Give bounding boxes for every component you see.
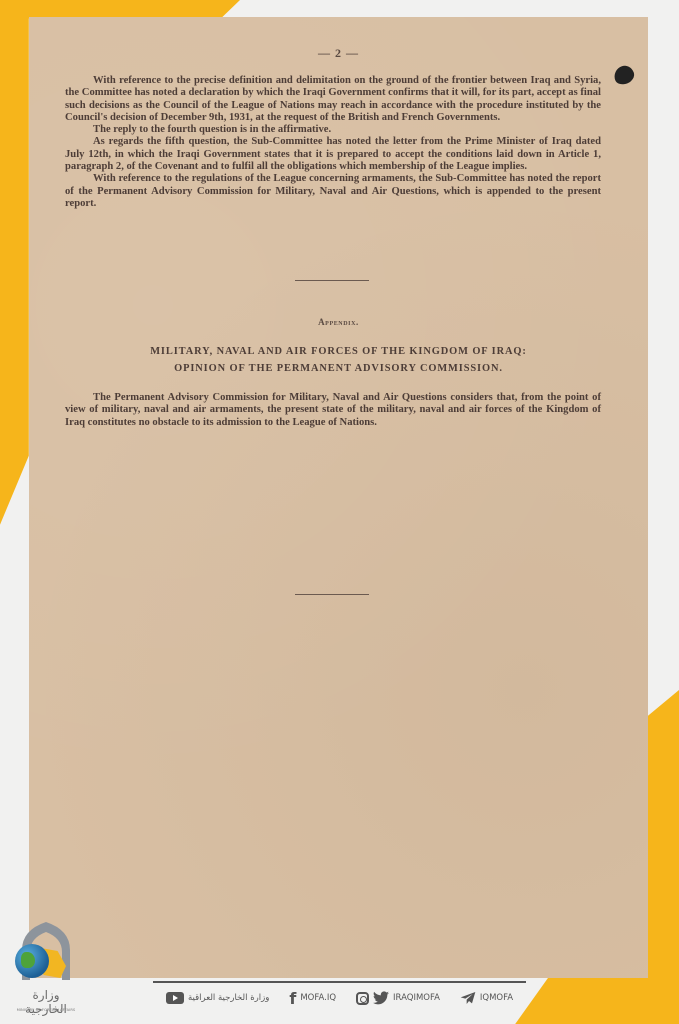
twitter-icon bbox=[373, 991, 389, 1005]
appendix-paragraph: The Permanent Advisory Commission for Mi… bbox=[65, 392, 601, 429]
appendix-label: Appendix. bbox=[29, 317, 648, 327]
page-number: — 2 — bbox=[29, 46, 648, 61]
paragraph-armaments: With reference to the regulations of the… bbox=[65, 173, 601, 210]
report-body: With reference to the precise definition… bbox=[65, 75, 601, 210]
instagram-twitter-label: IRAQIMOFA bbox=[393, 993, 440, 1003]
facebook-label: MOFA.IQ bbox=[300, 993, 336, 1003]
social-footer: وزارة الخارجية العراقية f MOFA.IQ IRAQIM… bbox=[166, 988, 513, 1008]
paragraph-frontier: With reference to the precise definition… bbox=[65, 75, 601, 124]
logo-english-text: MINISTRY OF FOREIGN AFFAIRS bbox=[10, 1008, 82, 1012]
instagram-twitter-link[interactable]: IRAQIMOFA bbox=[356, 991, 440, 1005]
youtube-label: وزارة الخارجية العراقية bbox=[188, 993, 269, 1003]
appendix-title-line-2: OPINION OF THE PERMANENT ADVISORY COMMIS… bbox=[29, 360, 648, 377]
paragraph-fifth-question: As regards the fifth question, the Sub-C… bbox=[65, 136, 601, 173]
paragraph-fourth-question: The reply to the fourth question is in t… bbox=[65, 124, 601, 136]
instagram-icon bbox=[356, 992, 369, 1005]
appendix-title-line-1: MILITARY, NAVAL AND AIR FORCES OF THE KI… bbox=[29, 343, 648, 360]
end-divider bbox=[295, 594, 369, 595]
footer-divider bbox=[153, 981, 526, 983]
section-divider bbox=[295, 280, 369, 281]
document-page: — 2 — With reference to the precise defi… bbox=[29, 17, 648, 978]
facebook-link[interactable]: f MOFA.IQ bbox=[289, 989, 336, 1008]
telegram-label: IQMOFA bbox=[480, 993, 513, 1003]
appendix-body: The Permanent Advisory Commission for Mi… bbox=[65, 392, 601, 429]
decorative-yellow-band-bottom bbox=[497, 978, 679, 1024]
youtube-link[interactable]: وزارة الخارجية العراقية bbox=[166, 992, 269, 1004]
youtube-icon bbox=[166, 992, 184, 1004]
ink-blot bbox=[612, 63, 637, 87]
telegram-icon bbox=[460, 991, 476, 1005]
ministry-logo: وزارة الخارجية MINISTRY OF FOREIGN AFFAI… bbox=[10, 918, 82, 1018]
telegram-link[interactable]: IQMOFA bbox=[460, 991, 513, 1005]
globe-icon bbox=[15, 944, 49, 978]
facebook-icon: f bbox=[289, 989, 296, 1008]
appendix-title: MILITARY, NAVAL AND AIR FORCES OF THE KI… bbox=[29, 343, 648, 377]
